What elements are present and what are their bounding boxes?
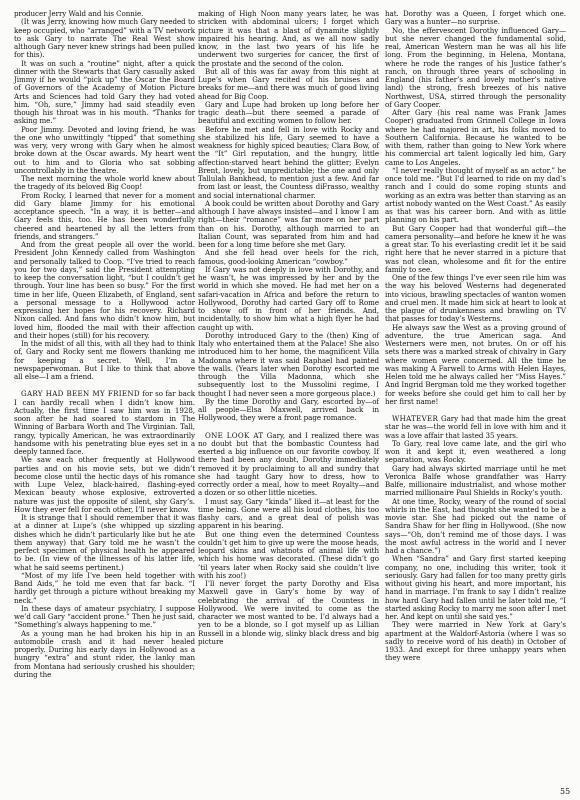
article-paragraph: WHATEVER Gary had that made him the grea… (385, 415, 566, 440)
paragraph-text: Gary and Lupe had broken up long before … (198, 100, 379, 126)
paragraph-text: And she fell head over heels for the ric… (198, 248, 379, 265)
article-paragraph: At one time, Rocky, weary of the round o… (385, 498, 566, 556)
paragraph-text: “I never really thought of myself as an … (385, 166, 566, 225)
paragraph-text: After Gary (his real name was Frank Jame… (385, 108, 566, 167)
paragraph-text: Gary had always skirted marriage until h… (385, 464, 566, 498)
paragraph-text: for so far back I can hardly recall when… (14, 389, 195, 456)
paragraph-text: We saw each other frequently at Hollywoo… (14, 455, 195, 514)
paragraph-text: making of High Noon many years later, he… (198, 9, 379, 68)
paragraph-text: (It was Jerry, knowing how much Gary nee… (14, 17, 195, 59)
paragraph-text: To Gary, real love came late, and the gi… (385, 439, 566, 465)
article-paragraph: hat. Dorothy was a Queen, I forget which… (385, 10, 566, 27)
article-paragraph: If Gary was not deeply in love with Doro… (198, 266, 379, 332)
article-paragraph: After Gary (his real name was Frank Jame… (385, 109, 566, 167)
paragraph-text: If Gary was not deeply in love with Doro… (198, 265, 379, 332)
article-paragraph: Gary and Lupe had broken up long before … (198, 101, 379, 126)
paragraph-text: But Gary Cooper had that wonderful gift—… (385, 224, 566, 274)
paragraph-text: And from the great people all over the w… (14, 240, 195, 340)
article-paragraph: But one thing even the determined Counte… (198, 531, 379, 581)
article-paragraph: Before he met and fell in love with Rock… (198, 126, 379, 200)
paragraph-text: I’ll never forget the party Dorothy and … (198, 579, 379, 646)
paragraph-text: A book could be written about Dorothy an… (198, 199, 379, 249)
article-column-3: hat. Dorothy was a Queen, I forget which… (385, 10, 566, 663)
article-paragraph: One of the few things I’ve ever seen ril… (385, 274, 566, 324)
magazine-page: producer Jerry Wald and his Connie.(It w… (0, 0, 580, 800)
paragraph-text: At one time, Rocky, weary of the round o… (385, 497, 566, 556)
article-paragraph: making of High Noon many years later, he… (198, 10, 379, 68)
paragraph-text: But all of this was far away from this n… (198, 67, 379, 101)
article-paragraph: I’ll never forget the party Dorothy and … (198, 580, 379, 646)
article-paragraph: When “Sandra” and Gary first started kee… (385, 555, 566, 621)
article-paragraph: By the time Dorothy and Gary, escorted b… (198, 398, 379, 423)
paragraph-text: The next morning the whole world knew ab… (14, 174, 195, 191)
article-paragraph: “Most of my life I’ve been held together… (14, 572, 195, 605)
paragraph-text: As a young man he had broken his hip in … (14, 629, 195, 679)
article-paragraph: But Gary Cooper had that wonderful gift—… (385, 225, 566, 275)
article-paragraph: In these days of amateur psychiatry, I s… (14, 605, 195, 630)
article-paragraph: It is strange that I should remember tha… (14, 514, 195, 572)
paragraph-text: One of the few things I’ve ever seen ril… (385, 273, 566, 323)
article-paragraph: They were married in New York at Gary’s … (385, 621, 566, 662)
paragraph-text: “Most of my life I’ve been held together… (14, 571, 195, 605)
article-paragraph: As a young man he had broken his hip in … (14, 630, 195, 680)
article-paragraph: We saw each other frequently at Hollywoo… (14, 456, 195, 514)
article-paragraph: In the midst of all this, with all they … (14, 340, 195, 381)
article-paragraph: (It was Jerry, knowing how much Gary nee… (14, 18, 195, 59)
paragraph-text: In the midst of all this, with all they … (14, 339, 195, 381)
paragraph-text: It was on such a “routine” night, after … (14, 59, 195, 126)
article-paragraph: He always saw the West as a proving grou… (385, 324, 566, 407)
article-paragraph: Dorothy introduced Gary to the (then) Ki… (198, 332, 379, 398)
paragraph-text: hat. Dorothy was a Queen, I forget which… (385, 9, 566, 26)
paragraph-text: They were married in New York at Gary’s … (385, 620, 566, 662)
article-paragraph: It was on such a “routine” night, after … (14, 60, 195, 126)
paragraph-text: It is strange that I should remember tha… (14, 513, 195, 572)
paragraph-text: From Rocky, I learned that never for a m… (14, 191, 195, 241)
article-paragraph: And she fell head over heels for the ric… (198, 249, 379, 266)
article-paragraph: GARY HAD BEEN MY FRIEND for so far back … (14, 390, 195, 456)
article-paragraph: The next morning the whole world knew ab… (14, 175, 195, 192)
article-paragraph: “I never really thought of myself as an … (385, 167, 566, 225)
paragraph-text: No, the effervescent Dorothy influenced … (385, 26, 566, 109)
paragraph-text: In these days of amateur psychiatry, I s… (14, 604, 195, 630)
paragraph-text: I must say, Gary “kinda” liked it—at lea… (198, 497, 379, 531)
article-column-1: producer Jerry Wald and his Connie.(It w… (14, 10, 195, 679)
article-column-2: making of High Noon many years later, he… (198, 10, 379, 646)
article-paragraph: A book could be written about Dorothy an… (198, 200, 379, 250)
paragraph-text: By the time Dorothy and Gary, escorted b… (198, 397, 379, 423)
article-paragraph: From Rocky, I learned that never for a m… (14, 192, 195, 242)
paragraph-text: Gary, and I realized there was no doubt … (198, 431, 379, 498)
paragraph-text: Poor Jimmy. Devoted and loving friend, h… (14, 125, 195, 175)
article-paragraph: Gary had always skirted marriage until h… (385, 465, 566, 498)
article-paragraph: And from the great people all over the w… (14, 241, 195, 340)
paragraph-text: Dorothy introduced Gary to the (then) Ki… (198, 331, 379, 398)
paragraph-text: When “Sandra” and Gary first started kee… (385, 554, 566, 621)
article-paragraph: But all of this was far away from this n… (198, 68, 379, 101)
article-paragraph: No, the effervescent Dorothy influenced … (385, 27, 566, 110)
article-paragraph: To Gary, real love came late, and the gi… (385, 440, 566, 465)
paragraph-text: Before he met and fell in love with Rock… (198, 125, 379, 200)
page-number: 55 (560, 787, 570, 796)
paragraph-text: He always saw the West as a proving grou… (385, 323, 566, 406)
article-paragraph: I must say, Gary “kinda” liked it—at lea… (198, 498, 379, 531)
article-paragraph: ONE LOOK AT Gary, and I realized there w… (198, 432, 379, 498)
paragraph-text: But one thing even the determined Counte… (198, 530, 379, 580)
article-paragraph: Poor Jimmy. Devoted and loving friend, h… (14, 126, 195, 176)
